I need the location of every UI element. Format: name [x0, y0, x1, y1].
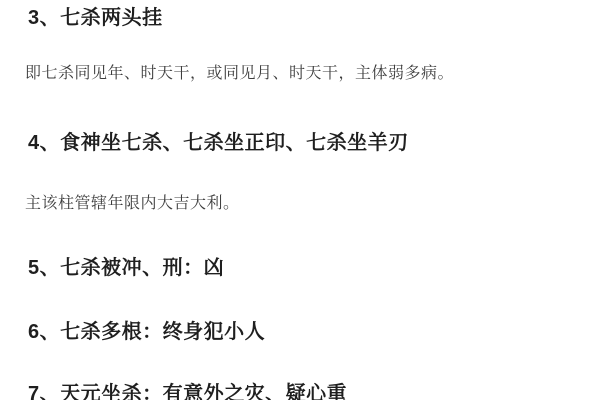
article-page: 3、七杀两头挂 即七杀同见年、时天干，或同见月、时天干，主体弱多病。 4、食神坐…: [0, 0, 600, 400]
section-heading-3: 3、七杀两头挂: [28, 6, 590, 30]
section-heading-5: 5、七杀被冲、刑：凶: [28, 256, 590, 280]
section-body-4: 主该柱管辖年限内大吉大利。: [25, 193, 590, 215]
section-body-3: 即七杀同见年、时天干，或同见月、时天干，主体弱多病。: [25, 63, 590, 85]
section-heading-6: 6、七杀多根：终身犯小人: [28, 320, 590, 344]
section-heading-4: 4、食神坐七杀、七杀坐正印、七杀坐羊刃: [28, 131, 590, 155]
section-heading-7: 7、天元坐杀：有意外之灾、疑心重: [28, 382, 590, 400]
